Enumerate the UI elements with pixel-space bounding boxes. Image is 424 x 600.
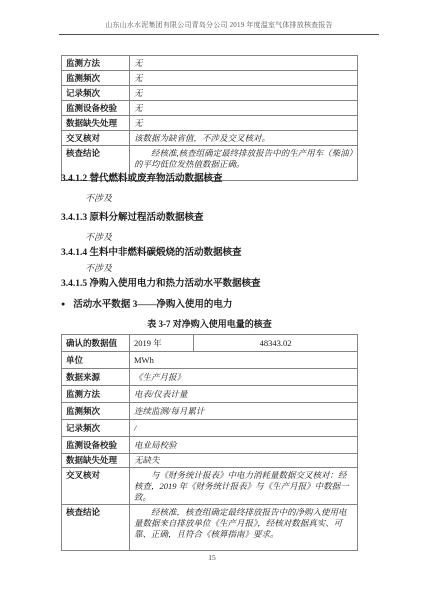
table-row: 记录频次 无 (62, 86, 358, 101)
row-label: 核查结论 (62, 505, 130, 551)
table-row: 监测设备校验 电业局校验 (62, 437, 358, 454)
row-value: 电业局校验 (130, 437, 358, 454)
row-value: 无 (130, 101, 358, 116)
section-heading-3413: 3.4.1.3 原料分解过程活动数据核查 (61, 209, 204, 223)
bullet-list-item: ●活动水平数据 3——净购入使用的电力 (61, 296, 232, 310)
section-body-3414: 不涉及 (85, 261, 112, 274)
table-row: 监测频次 连续监测/每月累计 (62, 403, 358, 420)
table-row: 交叉核对 与《财务统计报表》中电力消耗量数据交叉核对：经核查，2019 年《财务… (62, 468, 358, 505)
row-label: 监测设备校验 (62, 101, 130, 116)
confirmed-year: 2019 年 (130, 335, 194, 352)
row-value: 无 (130, 86, 358, 101)
table-row: 数据来源 《生产月报》 (62, 369, 358, 386)
confirmed-value: 48343.02 (194, 335, 358, 352)
row-label: 记录频次 (62, 86, 130, 101)
section-heading-3414: 3.4.1.4 生料中非燃料碳煅烧的活动数据核查 (61, 244, 242, 258)
row-value: 经核准，核查组确定最终排放报告中的净购入使用电量数据来自排放单位《生产月报》，经… (130, 505, 358, 551)
row-label: 监测频次 (62, 403, 130, 420)
verification-table-diesel: 监测方法 无 监测频次 无 记录频次 无 监测设备校验 无 数据缺失处理 无 交… (61, 55, 358, 181)
section-heading-3415: 3.4.1.5 净购入使用电力和热力活动水平数据核查 (61, 275, 261, 289)
row-value: MWh (130, 352, 358, 369)
row-label: 数据来源 (62, 369, 130, 386)
running-header: 山东山水水泥集团有限公司青岛分公司 2019 年度温室气体排放核查报告 (59, 20, 379, 35)
row-label: 交叉核对 (62, 131, 130, 146)
row-value: 与《财务统计报表》中电力消耗量数据交叉核对：经核查，2019 年《财务统计报表》… (130, 468, 358, 505)
row-label: 数据缺失处理 (62, 454, 130, 468)
table-row: 交叉核对 该数据为缺省值，不涉及交叉核对。 (62, 131, 358, 146)
section-heading-3412: 3.4.1.2 替代燃料或废弃物活动数据核查 (61, 170, 223, 184)
page-number: 15 (0, 553, 424, 562)
row-label: 监测设备校验 (62, 437, 130, 454)
table-row: 单位 MWh (62, 352, 358, 369)
table-row: 监测设备校验 无 (62, 101, 358, 116)
table-row: 数据缺失处理 无缺失 (62, 454, 358, 468)
running-header-title: 山东山水水泥集团有限公司青岛分公司 2019 年度温室气体排放核查报告 (105, 21, 333, 29)
table-row: 确认的数据值 2019 年 48343.02 (62, 335, 358, 352)
row-label: 数据缺失处理 (62, 116, 130, 131)
section-body-3413: 不涉及 (85, 230, 112, 243)
row-value: 连续监测/每月累计 (130, 403, 358, 420)
row-value: 无缺失 (130, 454, 358, 468)
row-label: 监测频次 (62, 71, 130, 86)
row-value: 该数据为缺省值，不涉及交叉核对。 (130, 131, 358, 146)
table-row: 监测方法 无 (62, 56, 358, 71)
table-row: 监测方法 电表/仪表计量 (62, 386, 358, 403)
table-row: 核查结论 经核准，核查组确定最终排放报告中的净购入使用电量数据来自排放单位《生产… (62, 505, 358, 551)
row-label: 单位 (62, 352, 130, 369)
row-label: 记录频次 (62, 420, 130, 437)
bullet-item-text: 活动水平数据 3——净购入使用的电力 (73, 300, 232, 310)
document-page: 山东山水水泥集团有限公司青岛分公司 2019 年度温室气体排放核查报告 监测方法… (0, 0, 424, 600)
row-value: / (130, 420, 358, 437)
bullet-icon: ● (61, 300, 65, 308)
section-body-3412: 不涉及 (85, 191, 112, 204)
table-row: 监测频次 无 (62, 71, 358, 86)
row-value: 《生产月报》 (130, 369, 358, 386)
row-value: 电表/仪表计量 (130, 386, 358, 403)
verification-table-electricity: 确认的数据值 2019 年 48343.02 单位 MWh 数据来源 《生产月报… (61, 334, 358, 551)
row-label: 交叉核对 (62, 468, 130, 505)
row-label: 监测方法 (62, 56, 130, 71)
row-value: 无 (130, 71, 358, 86)
row-value: 无 (130, 56, 358, 71)
table-row: 数据缺失处理 无 (62, 116, 358, 131)
table-row: 记录频次 / (62, 420, 358, 437)
row-value: 无 (130, 116, 358, 131)
row-label: 确认的数据值 (62, 335, 130, 352)
row-label: 监测方法 (62, 386, 130, 403)
table-caption: 表 3-7 对净购入使用电量的核查 (61, 317, 358, 330)
